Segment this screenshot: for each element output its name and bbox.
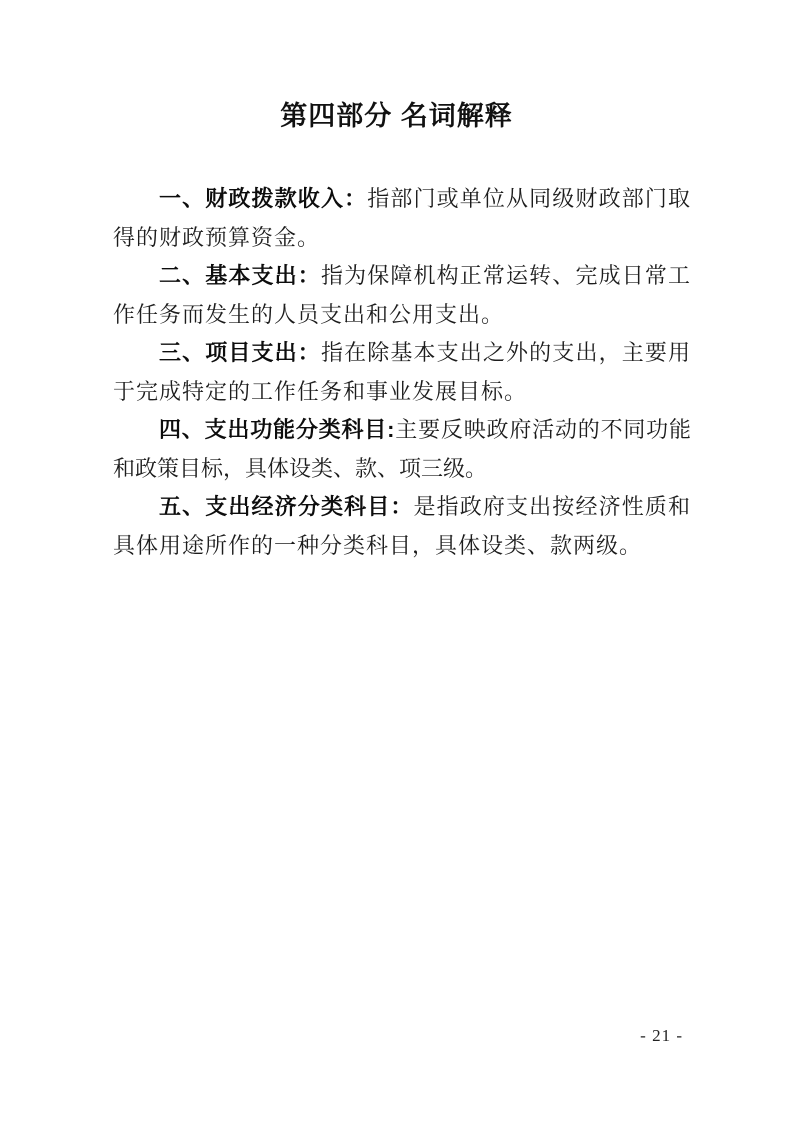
document-page: 第四部分 名词解释 一、财政拨款收入：指部门或单位从同级财政部门取得的财政预算资… (0, 0, 793, 1122)
page-number: - 21 - (640, 1026, 683, 1046)
term-label: 五、支出经济分类科目： (159, 494, 414, 519)
definitions-list: 一、财政拨款收入：指部门或单位从同级财政部门取得的财政预算资金。 二、基本支出：… (113, 180, 691, 565)
document-title: 第四部分 名词解释 (0, 101, 793, 132)
definition-paragraph: 二、基本支出：指为保障机构正常运转、完成日常工作任务而发生的人员支出和公用支出。 (113, 257, 691, 334)
definition-paragraph: 三、项目支出：指在除基本支出之外的支出，主要用于完成特定的工作任务和事业发展目标… (113, 334, 691, 411)
definition-paragraph: 五、支出经济分类科目：是指政府支出按经济性质和具体用途所作的一种分类科目，具体设… (113, 488, 691, 565)
definition-paragraph: 四、支出功能分类科目:主要反映政府活动的不同功能和政策目标，具体设类、款、项三级… (113, 411, 691, 488)
term-label: 四、支出功能分类科目: (159, 417, 394, 442)
definition-paragraph: 一、财政拨款收入：指部门或单位从同级财政部门取得的财政预算资金。 (113, 180, 691, 257)
term-label: 三、项目支出： (159, 340, 321, 365)
term-label: 二、基本支出： (159, 263, 321, 288)
term-label: 一、财政拨款收入： (159, 186, 367, 211)
